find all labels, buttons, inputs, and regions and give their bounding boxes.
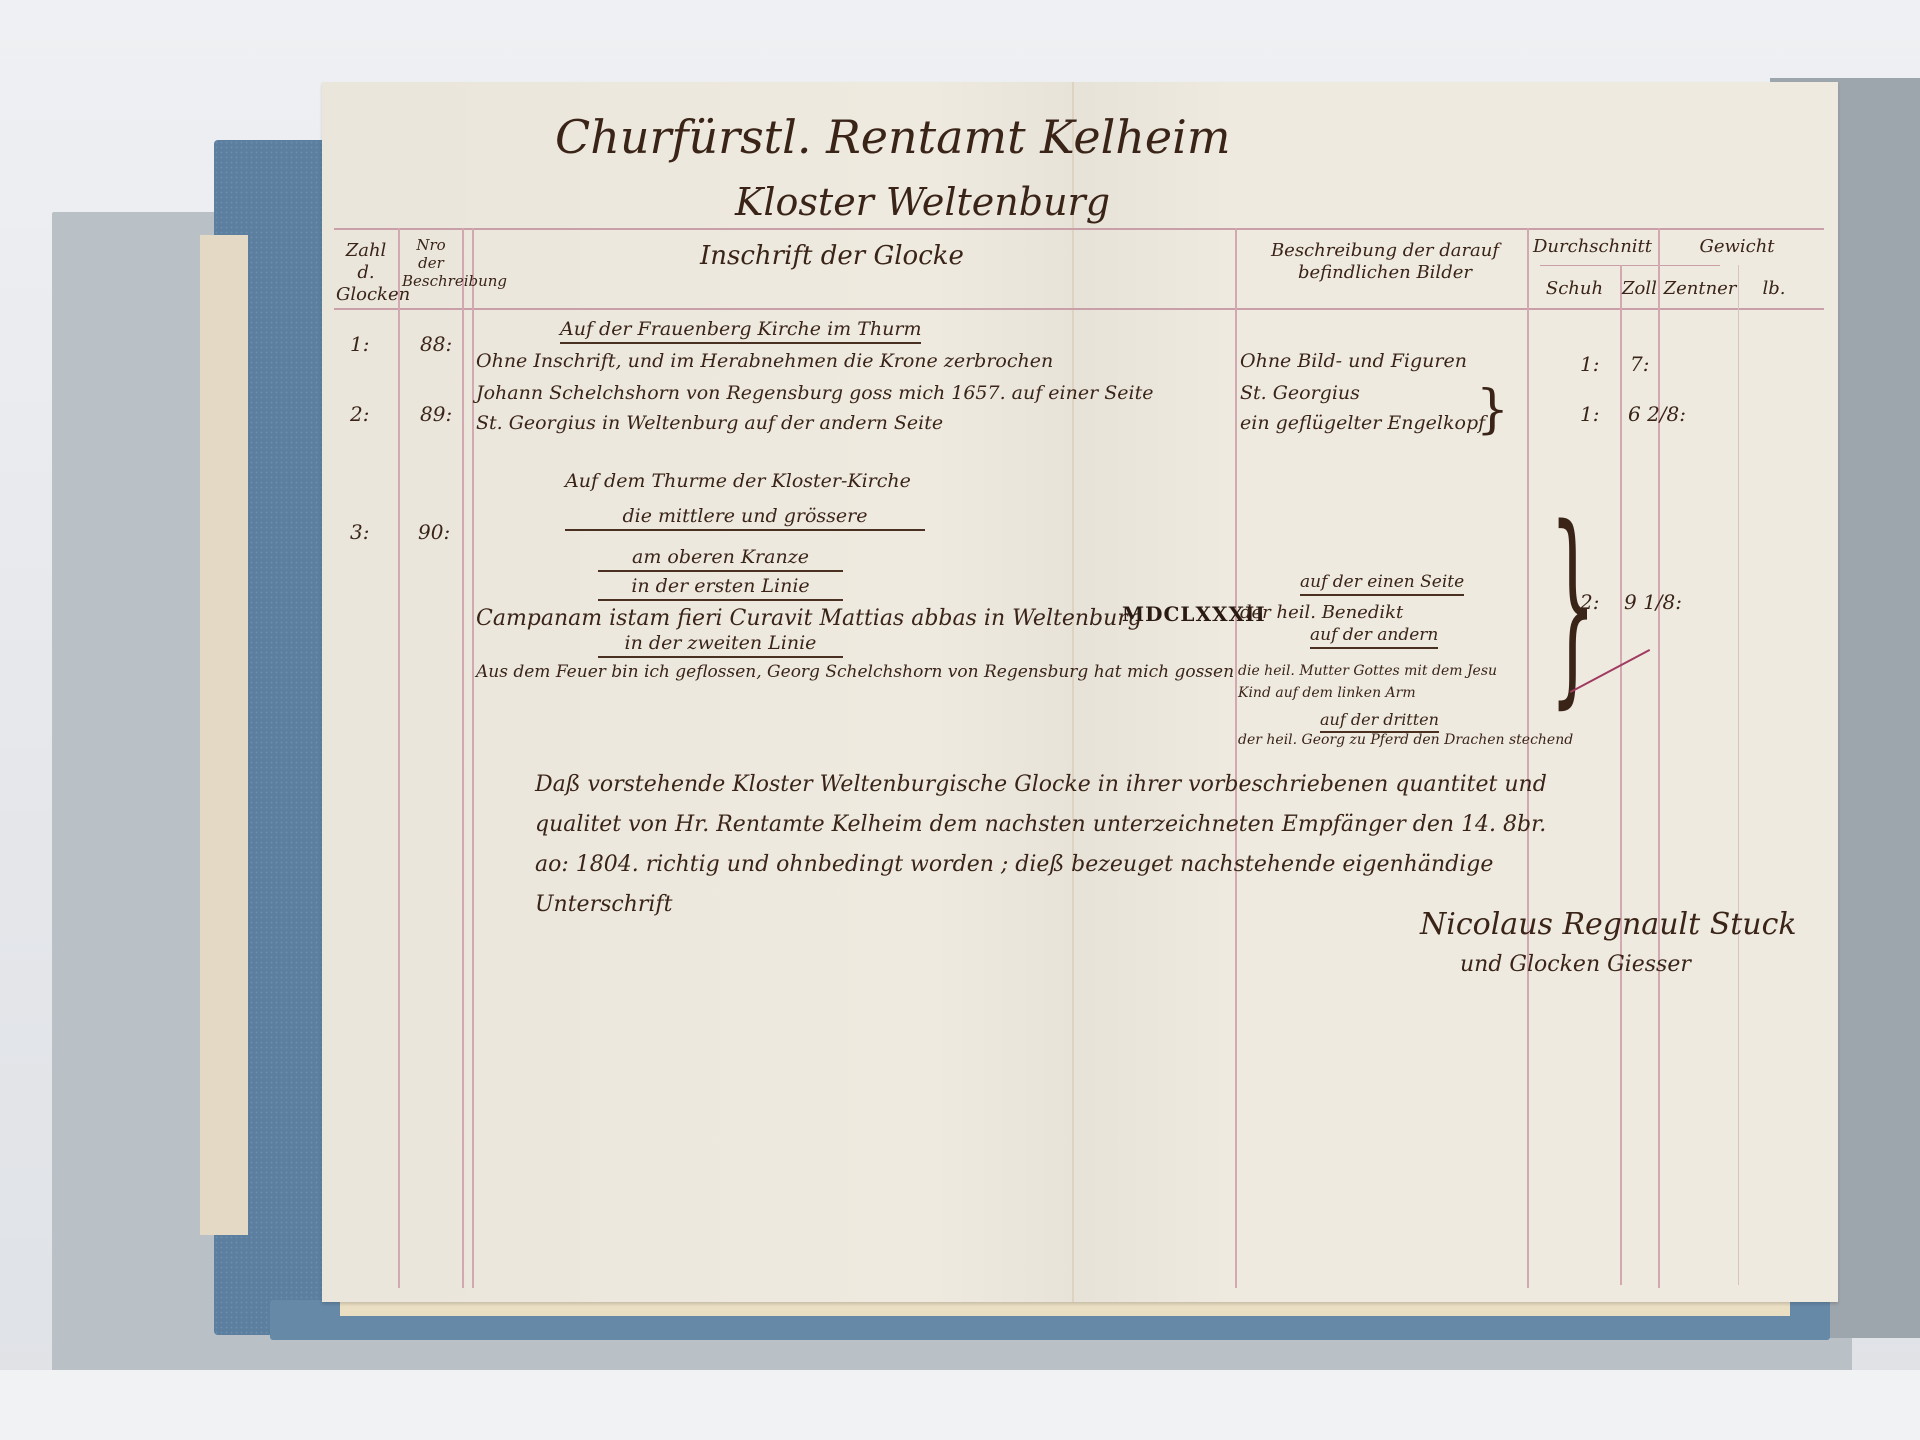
row1-beschreibung: Ohne Bild- und Figuren	[1240, 350, 1467, 372]
header-zentner: Zentner	[1662, 278, 1738, 300]
col-divider-7	[1658, 228, 1660, 1288]
row3-location-line2: die mittlere und grössere	[565, 505, 925, 531]
attestation-line-2: qualitet von Hr. Rentamte Kelheim dem na…	[535, 805, 1635, 845]
subheader-rule	[1540, 265, 1720, 266]
row1-schuh: 1:	[1580, 352, 1599, 376]
row2-inschrift-line2: St. Georgius in Weltenburg auf der ander…	[476, 412, 943, 434]
col-divider-8	[1738, 265, 1739, 1285]
col-divider-5	[1527, 228, 1529, 1288]
attestation-line-1: Daß vorstehende Kloster Weltenburgische …	[535, 765, 1635, 805]
row2-zahl: 2:	[350, 402, 369, 426]
row3-schuh: 2:	[1580, 590, 1599, 614]
table-top-rule	[334, 228, 1824, 230]
white-shelf	[0, 1370, 1920, 1440]
row3-beschreibung-line5: auf der dritten	[1320, 710, 1439, 733]
row3-beschreibung-line4: die heil. Mutter Gottes mit dem Jesu Kin…	[1238, 660, 1518, 704]
row3-nro: 90:	[418, 520, 450, 544]
row2-beschreibung-line1: St. Georgius	[1240, 382, 1360, 404]
attestation-paragraph: Daß vorstehende Kloster Weltenburgische …	[535, 765, 1635, 925]
row2-nro: 89:	[420, 402, 452, 426]
row1-inschrift: Ohne Inschrift, und im Herabnehmen die K…	[476, 350, 1053, 372]
row3-beschreibung-line2: der heil. Benedikt	[1240, 602, 1403, 623]
col-divider-3	[472, 228, 474, 1288]
row2-brace: }	[1476, 380, 1509, 440]
header-inschrift: Inschrift der Glocke	[700, 245, 964, 267]
header-gewicht: Gewicht	[1662, 236, 1812, 258]
page-fold	[1072, 82, 1074, 1302]
row1-zoll: 7:	[1630, 352, 1649, 376]
torn-page-edge	[200, 235, 248, 1235]
row3-zahl: 3:	[350, 520, 369, 544]
header-beschreibung: Beschreibung der darauf befindlichen Bil…	[1240, 240, 1530, 284]
row3-beschreibung-line3: auf der andern	[1310, 625, 1438, 649]
row3-location-line4: in der ersten Linie	[598, 575, 843, 601]
document-title: Churfürstl. Rentamt Kelheim	[555, 110, 1231, 164]
row3-inschrift-line2: in der zweiten Linie	[598, 632, 843, 658]
row3-location-line3: am oberen Kranze	[598, 546, 843, 572]
header-nro: Nro der Beschreibung	[402, 236, 460, 290]
row1-location: Auf der Frauenberg Kirche im Thurm	[560, 318, 921, 344]
row3-beschreibung-line6: der heil. Georg zu Pferd den Drachen ste…	[1238, 732, 1573, 748]
row1-nro: 88:	[420, 332, 452, 356]
row2-inschrift-line1: Johann Schelchshorn von Regensburg goss …	[476, 382, 1153, 404]
row3-inschrift-line3: Aus dem Feuer bin ich geflossen, Georg S…	[476, 662, 1234, 682]
col-divider-2	[462, 228, 464, 1288]
col-divider-1	[398, 228, 400, 1288]
signature-title: und Glocken Giesser	[1420, 945, 1797, 985]
row2-schuh: 1:	[1580, 402, 1599, 426]
header-zahl: Zahl d. Glocken	[336, 240, 396, 306]
row1-zahl: 1:	[350, 332, 369, 356]
row2-beschreibung-line2: ein geflügelter Engelkopf	[1240, 412, 1485, 434]
header-schuh: Schuh	[1532, 278, 1617, 300]
document-subtitle: Kloster Weltenburg	[735, 180, 1110, 224]
header-bottom-rule	[334, 308, 1824, 310]
signature-name: Nicolaus Regnault Stuck	[1420, 905, 1797, 945]
col-divider-4	[1235, 228, 1237, 1288]
row2-zoll: 6 2/8:	[1628, 402, 1686, 426]
row3-zoll: 9 1/8:	[1624, 590, 1682, 614]
header-lb: lb.	[1744, 278, 1804, 300]
row3-inschrift-line1: Campanam istam fieri Curavit Mattias abb…	[476, 606, 1142, 631]
header-durchschnitt: Durchschnitt	[1530, 236, 1655, 258]
row3-location-line1: Auf dem Thurme der Kloster-Kirche	[565, 470, 911, 492]
row3-beschreibung-line1: auf der einen Seite	[1300, 572, 1464, 596]
signature-block: Nicolaus Regnault Stuck und Glocken Gies…	[1420, 905, 1797, 985]
header-zoll: Zoll	[1622, 278, 1656, 300]
